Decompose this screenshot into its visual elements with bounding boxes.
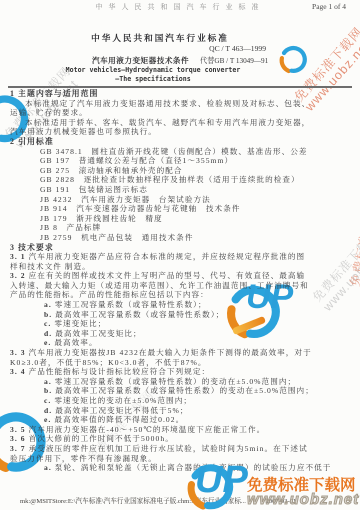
line-text: JB 4232 汽车用液力变矩器 台架试验方法 [40, 195, 211, 204]
line-text: 汽车用液力变矩器在-40～+50℃的环境温度下应能正常工作。 [29, 425, 266, 434]
watermark-site-url: www.uobz.net [247, 491, 359, 508]
clause-number: a. [44, 377, 52, 386]
line-text: 最高效率值的降低不得超过0.02。 [54, 415, 184, 424]
clause-number: d. [44, 406, 52, 415]
line-text: JB 2759 机电产品包装 通用技术条件 [40, 233, 193, 242]
doc-line: 本标准规定了汽车用液力变矩器通用技术要求、检验规则及对标志、包装、 [10, 99, 356, 109]
document-page: 免费标准下载网 www.uobz.net 免费标准下载网 www.uobz.ne… [0, 0, 360, 510]
up-logo-text: UP [195, 459, 248, 502]
clause-number: e. [44, 338, 51, 347]
doc-line: GB 275 滚动轴承和轴承外壳的配合 [10, 166, 356, 176]
doc-line: 3. 5汽车用液力变矩器在-40～+50℃的环境温度下应能正常工作。 [10, 425, 356, 435]
doc-line: 3. 3汽车用液力变矩器按JB 4232在最大输入力矩条件下测得的最高效率，对于 [10, 348, 356, 358]
line-text: 零速变矩比； [54, 319, 106, 328]
doc-line: JB 179 渐开线圆柱齿轮 精度 [10, 214, 356, 224]
line-text: 本标准适用于轿车、客车、载货汽车、越野汽车和专用汽车用液力变矩器， [25, 118, 310, 127]
doc-line: 3. 4产品性能指标与设计指标比较应符合下列规定： [10, 367, 356, 377]
clause-number: c. [44, 319, 51, 328]
standard-subtitle-cn: 汽车用液力变矩器技术条件 [92, 55, 189, 66]
doc-line: c.零速变矩比； [10, 319, 356, 329]
doc-line: 汽车用液力机械变矩器也可参照执行。 [10, 127, 356, 137]
doc-line: d.最高效率工况变矩比； [10, 329, 356, 339]
doc-line: JB 2759 机电产品包装 通用技术条件 [10, 233, 356, 243]
clause-number: 3. 3 [10, 348, 26, 357]
clause-number: 1 [10, 89, 15, 98]
standard-title-en-line2: —The specifications [0, 75, 306, 83]
clause-number: 3. 6 [10, 434, 26, 443]
line-text: 最高效率工况容量系数（或容量特性系数）的变动在±5.0%范围内； [55, 386, 314, 395]
line-text: 首次大修前的工作时间不低于5000h。 [29, 434, 174, 443]
clause-number: a. [44, 463, 52, 472]
doc-line: 运输、贮存的要求。 [10, 108, 356, 118]
doc-line: 2引用标准 [10, 137, 356, 147]
doc-line: 3技术要求 [10, 243, 356, 253]
doc-line: GB 197 普通螺纹公差与配合（直径1～355mm） [10, 156, 356, 166]
standard-title-cn: 中华人民共和国汽车行业标准 [0, 32, 320, 44]
line-text: 主题内容与适用范围 [18, 89, 98, 98]
line-text: 汽车用液力机械变矩器也可参照执行。 [10, 127, 157, 136]
doc-line: GB 2828 逐批检查计数抽样程序及抽样表（适用于连续批的检查） [10, 175, 356, 185]
clause-number: e. [44, 415, 51, 424]
line-text: 应在有关的图样或技术文件上写明产品的型号、代号、有效直径、最高输 [29, 271, 306, 280]
line-text: JB 914 汽车变速器分动器齿轮与花键轴 技术条件 [40, 204, 240, 213]
doc-line: 3. 7承受液压的零件应在机加工后进行水压试验，试验时间为5min。在下述试 [10, 444, 356, 454]
line-text: 零速变矩比的变动在±5.0%范围内； [54, 396, 192, 405]
line-text: 引用标准 [18, 137, 54, 146]
line-text: K0≥3.0者，不低于85%；K0<3.0者，不低于87%。 [10, 358, 206, 367]
watermark-up-logo-bottom: UP 免费标准下载网 www.uobz.net [185, 461, 360, 509]
line-text: 最高效率工况容量系数（或容量特性系数）； [55, 310, 224, 319]
line-text: JB 179 渐开线圆柱齿轮 精度 [40, 214, 163, 223]
doc-line: 样和技术文件 制造。 [10, 262, 356, 272]
clause-number: d. [44, 329, 52, 338]
clause-number: 3. 2 [10, 271, 26, 280]
line-text: 运输、贮存的要求。 [10, 108, 88, 117]
line-text: 验压力作用下，零件不得有渗漏现象。 [10, 454, 157, 463]
replaces-label: 代替GB / T 13049—91 [200, 56, 268, 66]
line-text: 入转速、最大输入力矩（或适用功率范围）、允许工作油温范围、工作油牌号和 [10, 281, 309, 290]
line-text: 最高效率。 [54, 338, 97, 347]
doc-line: K0≥3.0者，不低于85%；K0<3.0者，不低于87%。 [10, 358, 356, 368]
doc-line: GB 3478.1 圆柱直齿渐开线花键（齿侧配合）模数、基准齿形、公差 [10, 147, 356, 157]
line-text: GB 2828 逐批检查计数抽样程序及抽样表（适用于连续批的检查） [40, 175, 300, 184]
doc-line: JB 8 产品标牌 [10, 223, 356, 233]
clause-number: 3. 7 [10, 444, 26, 453]
doc-body: 1主题内容与适用范围本标准规定了汽车用液力变矩器通用技术要求、检验规则及对标志、… [10, 89, 356, 473]
clause-number: b. [44, 386, 52, 395]
doc-line: e.最高效率。 [10, 338, 356, 348]
standard-number: QC / T 463—1999 [0, 44, 266, 53]
doc-line: e.最高效率值的降低不得超过0.02。 [10, 415, 356, 425]
line-text: 零速工况容量系数（或容量特性系数）的变动在±5.0%范围内； [55, 377, 296, 386]
doc-line: b.最高效率工况容量系数（或容量特性系数）； [10, 310, 356, 320]
line-text: JB 8 产品标牌 [40, 223, 101, 232]
line-text: 技术要求 [18, 243, 54, 252]
clause-number: 3. 1 [10, 252, 26, 261]
doc-line: GB 191 包装储运图示标志 [10, 185, 356, 195]
doc-line: 产品的性能指标。产品的性能指标应包括以下内容： [10, 290, 356, 300]
running-header: 中华人民共和国汽车行业标准 [15, 2, 345, 12]
clause-number: a. [44, 300, 52, 309]
doc-line: d.最高效率工况变矩比不得低于5%； [10, 406, 356, 416]
doc-line: 1主题内容与适用范围 [10, 89, 356, 99]
line-text: GB 3478.1 圆柱直齿渐开线花键（齿侧配合）模数、基准齿形、公差 [40, 147, 308, 156]
line-text: 汽车用液力变矩器按JB 4232在最大输入力矩条件下测得的最高效率，对于 [29, 348, 312, 357]
doc-line: b.最高效率工况容量系数（或容量特性系数）的变动在±5.0%范围内； [10, 386, 356, 396]
doc-line: 本标准适用于轿车、客车、载货汽车、越野汽车和专用汽车用液力变矩器， [10, 118, 356, 128]
line-text: GB 197 普通螺纹公差与配合（直径1～355mm） [40, 156, 233, 165]
doc-line: JB 914 汽车变速器分动器齿轮与花键轴 技术条件 [10, 204, 356, 214]
line-text: 承受液压的零件应在机加工后进行水压试验，试验时间为5min。在下述试 [29, 444, 308, 453]
doc-line: JB 4232 汽车用液力变矩器 台架试验方法 [10, 195, 356, 205]
doc-line: 3. 2应在有关的图样或技术文件上写明产品的型号、代号、有效直径、最高输 [10, 271, 356, 281]
line-text: 汽车用液力变矩器产品应符合本标准的规定，并应按经规定程序批准的图 [29, 252, 306, 261]
title-divider-rule [8, 86, 352, 88]
line-text: GB 191 包装储运图示标志 [40, 185, 148, 194]
line-text: 零速工况容量系数（或容量特性系数）； [55, 300, 207, 309]
clause-number: c. [44, 396, 51, 405]
doc-line: c.零速变矩比的变动在±5.0%范围内； [10, 396, 356, 406]
line-text: 最高效率工况变矩比； [55, 329, 141, 338]
page-indicator: Page 1 of 4 [312, 2, 346, 11]
line-text: 最高效率工况变矩比不得低于5%； [55, 406, 188, 415]
line-text: 样和技术文件 制造。 [10, 262, 91, 271]
doc-line: 3. 1汽车用液力变矩器产品应符合本标准的规定，并应按经规定程序批准的图 [10, 252, 356, 262]
doc-line: 3. 6首次大修前的工作时间不低于5000h。 [10, 434, 356, 444]
clause-number: 3. 4 [10, 367, 26, 376]
clause-number: 3 [10, 243, 15, 252]
line-text: 本标准规定了汽车用液力变矩器通用技术要求、检验规则及对标志、包装、 [25, 99, 310, 108]
doc-line: a.零速工况容量系数（或容量特性系数）； [10, 300, 356, 310]
clause-number: b. [44, 310, 52, 319]
doc-line: a.零速工况容量系数（或容量特性系数）的变动在±5.0%范围内； [10, 377, 356, 387]
clause-number: 3. 5 [10, 425, 26, 434]
line-text: 产品的性能指标。产品的性能指标应包括以下内容： [10, 290, 209, 299]
clause-number: 2 [10, 137, 15, 146]
line-text: GB 275 滚动轴承和轴承外壳的配合 [40, 166, 183, 175]
line-text: 产品性能指标与设计指标比较应符合下列规定： [29, 367, 211, 376]
standard-title-en-line1: Motor vehicles—Hydrodynamic torque conve… [0, 66, 306, 74]
